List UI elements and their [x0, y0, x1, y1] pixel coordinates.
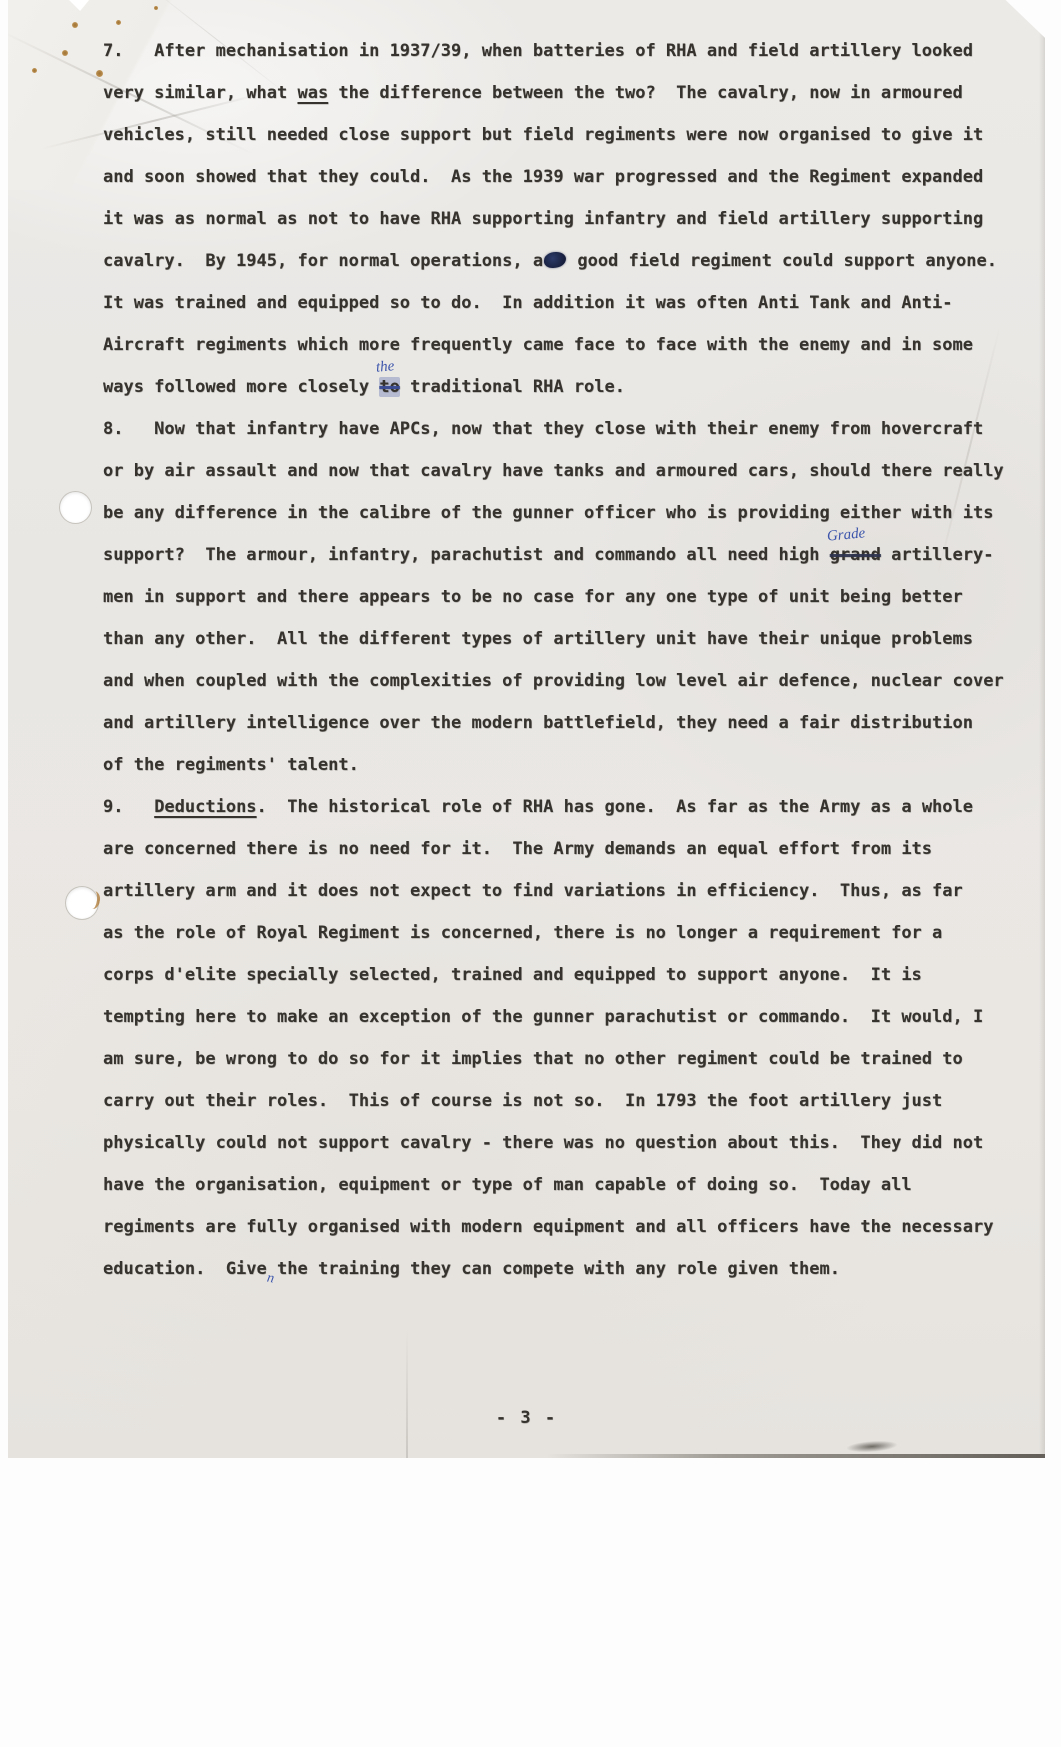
text-line: and when coupled with the complexities o… [103, 660, 1018, 702]
rust-dot [32, 68, 37, 73]
handwritten-annotation: Grade [826, 526, 865, 544]
scanned-document: 7. After mechanisation in 1937/39, when … [0, 0, 1061, 1747]
text-line: corps d'elite specially selected, traine… [103, 954, 1018, 996]
handwritten-annotation: the [376, 359, 396, 376]
rust-dot [116, 20, 121, 25]
annotated-word: tothe [379, 377, 399, 397]
text-line: physically could not support cavalry - t… [103, 1122, 1018, 1164]
text-line: cavalry. By 1945, for normal operations,… [103, 240, 1018, 282]
text-line: artillery arm and it does not expect to … [103, 870, 1018, 912]
text-line: tempting here to make an exception of th… [103, 996, 1018, 1038]
page-bottom-edge [547, 1454, 1045, 1458]
annotated-word: grandGrade [830, 545, 881, 565]
text-line: vehicles, still needed close support but… [103, 114, 1018, 156]
text-line: as the role of Royal Regiment is concern… [103, 912, 1018, 954]
page-number: - 3 - [8, 1408, 1045, 1428]
text-line: ways followed more closely tothe traditi… [103, 366, 1018, 408]
text-line: men in support and there appears to be n… [103, 576, 1018, 618]
text-line: of the regiments' talent. [103, 744, 1018, 786]
text-line: 9. Deductions. The historical role of RH… [103, 786, 1018, 828]
hole-punch [66, 887, 98, 919]
text-line: and soon showed that they could. As the … [103, 156, 1018, 198]
document-page: 7. After mechanisation in 1937/39, when … [8, 0, 1045, 1458]
text-line: are concerned there is no need for it. T… [103, 828, 1018, 870]
text-line: regiments are fully organised with moder… [103, 1206, 1018, 1248]
text-line: education. Give nthe training they can c… [103, 1248, 1018, 1290]
text-line: have the organisation, equipment or type… [103, 1164, 1018, 1206]
text-line: very similar, what was the difference be… [103, 72, 1018, 114]
text-line: it was as normal as not to have RHA supp… [103, 198, 1018, 240]
styled-word: Deductions [154, 797, 256, 817]
text-block: 7. After mechanisation in 1937/39, when … [103, 30, 1018, 1290]
handwritten-annotation: n [266, 1271, 275, 1286]
text-line: am sure, be wrong to do so for it implie… [103, 1038, 1018, 1080]
text-line: support? The armour, infantry, parachuti… [103, 534, 1018, 576]
text-line: and artillery intelligence over the mode… [103, 702, 1018, 744]
rust-dot [62, 50, 68, 56]
page-right-edge [1039, 30, 1045, 1458]
hole-punch [60, 492, 91, 523]
text-line: be any difference in the calibre of the … [103, 492, 1018, 534]
annotated-word: n [267, 1248, 277, 1290]
paper-crease [406, 1330, 408, 1458]
styled-word: was [297, 83, 328, 103]
text-line: 8. Now that infantry have APCs, now that… [103, 408, 1018, 450]
rust-dot [154, 6, 158, 10]
rust-dot [72, 22, 78, 28]
text-line: carry out their roles. This of course is… [103, 1080, 1018, 1122]
text-line: 7. After mechanisation in 1937/39, when … [103, 30, 1018, 72]
text-line: It was trained and equipped so to do. In… [103, 282, 1018, 324]
rust-dot [96, 70, 103, 77]
text-line: than any other. All the different types … [103, 618, 1018, 660]
text-line: Aircraft regiments which more frequently… [103, 324, 1018, 366]
ink-blot [544, 252, 566, 268]
text-line: or by air assault and now that cavalry h… [103, 450, 1018, 492]
edge-smudge [846, 1439, 899, 1454]
